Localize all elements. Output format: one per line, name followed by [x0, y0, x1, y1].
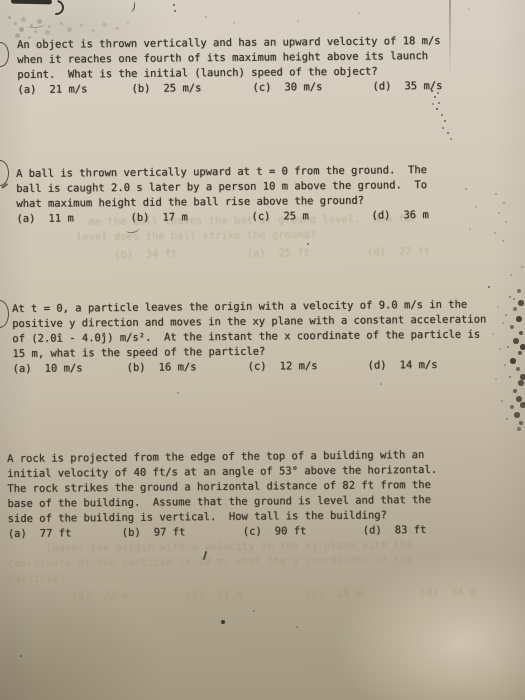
option-value: 16 m/s [159, 361, 197, 373]
dirt-speckles-right-edge [488, 286, 490, 288]
option-label: (c) [248, 361, 267, 373]
option-label: (a) [8, 528, 27, 540]
question-number-circle-3 [0, 300, 9, 328]
option-value: 10 m/s [45, 362, 83, 374]
option-value: 35 m/s [404, 80, 442, 92]
ink-speckle-trail [431, 90, 433, 92]
option-value: 14 m/s [400, 359, 438, 371]
option-value: 11 m [48, 212, 73, 224]
option-label: (b) [130, 212, 149, 224]
option-label: (d) [372, 80, 391, 92]
pencil-scribble [28, 21, 45, 29]
option-label: (c) [251, 211, 270, 223]
ghost-line: level does the ball strike the ground? [0, 227, 430, 246]
answer-option-d: (d)14 m/s [368, 358, 438, 374]
exam-page-photo: me the ball leaves the bat at ground lev… [0, 0, 525, 700]
answer-option-d: (d)36 m [371, 208, 428, 224]
answer-option-b: (b)25 m/s [131, 81, 201, 97]
question-block-2: A ball is thrown vertically upward at t … [16, 162, 525, 227]
question-block-4: A rock is projected from the edge of the… [7, 447, 523, 542]
answer-option-d: (d)83 ft [363, 523, 427, 539]
option-value: 25 m [283, 210, 308, 222]
paper-specks-right [465, 188, 467, 190]
option-label: (b) [131, 83, 150, 95]
answer-option-a: (a)10 m/s [13, 361, 83, 377]
option-value: 90 ft [275, 525, 307, 537]
ghost-line: (a) 22 m (b) 21 m (c) 28 m (d) 34 m [8, 586, 476, 605]
question-number-circle-2 [0, 160, 9, 186]
answer-option-a: (a)11 m [16, 211, 73, 227]
dark-object-hook [46, 0, 67, 18]
option-label: (a) [17, 84, 36, 96]
option-label: (c) [252, 82, 271, 94]
option-label: (b) [127, 362, 146, 374]
scattered-specks [20, 655, 22, 657]
question-number-circle-1 [0, 42, 9, 67]
answer-option-c: (c)30 m/s [252, 80, 322, 96]
answer-option-c: (c)25 m [251, 209, 308, 225]
option-value: 12 m/s [280, 360, 318, 372]
question-block-1: An object is thrown vertically and has a… [17, 33, 525, 98]
option-value: 97 ft [154, 526, 186, 538]
answer-option-b: (b)16 m/s [127, 360, 197, 376]
option-value: 21 m/s [49, 83, 87, 95]
option-value: 30 m/s [284, 81, 322, 93]
answer-option-a: (a)21 m/s [17, 82, 87, 98]
option-value: 77 ft [40, 527, 72, 539]
ghost-line: (b) 34 ft (a) 25 ft (d) 27 ft [0, 245, 430, 264]
stray-ink-dots [173, 4, 175, 6]
option-value: 83 ft [395, 524, 427, 536]
option-label: (d) [368, 359, 387, 371]
option-label: (d) [363, 524, 382, 536]
answer-option-b: (b)17 m [130, 210, 187, 226]
option-label: (a) [13, 363, 32, 375]
option-value: 36 m [403, 209, 428, 221]
option-label: (a) [16, 213, 35, 225]
option-value: 25 m/s [163, 82, 201, 94]
answer-option-d: (d)35 m/s [372, 79, 442, 95]
answer-option-a: (a)77 ft [8, 526, 72, 542]
option-label: (c) [243, 526, 262, 538]
paper-specks-top [205, 16, 207, 18]
option-label: (d) [371, 209, 390, 221]
option-label: (b) [122, 527, 141, 539]
answer-option-c: (c)90 ft [243, 524, 307, 540]
answer-option-b: (b)97 ft [122, 525, 186, 541]
stray-ink-mark [128, 0, 136, 12]
option-value: 17 m [162, 211, 187, 223]
dark-object-top-left [11, 0, 52, 4]
question-block-3: At t = 0, a particle leaves the origin w… [12, 297, 525, 377]
answer-option-c: (c)12 m/s [248, 359, 318, 375]
pencil-smudge [8, 16, 11, 19]
bleed-through-text-2: leaves the origin with a velocity in the… [8, 538, 476, 605]
